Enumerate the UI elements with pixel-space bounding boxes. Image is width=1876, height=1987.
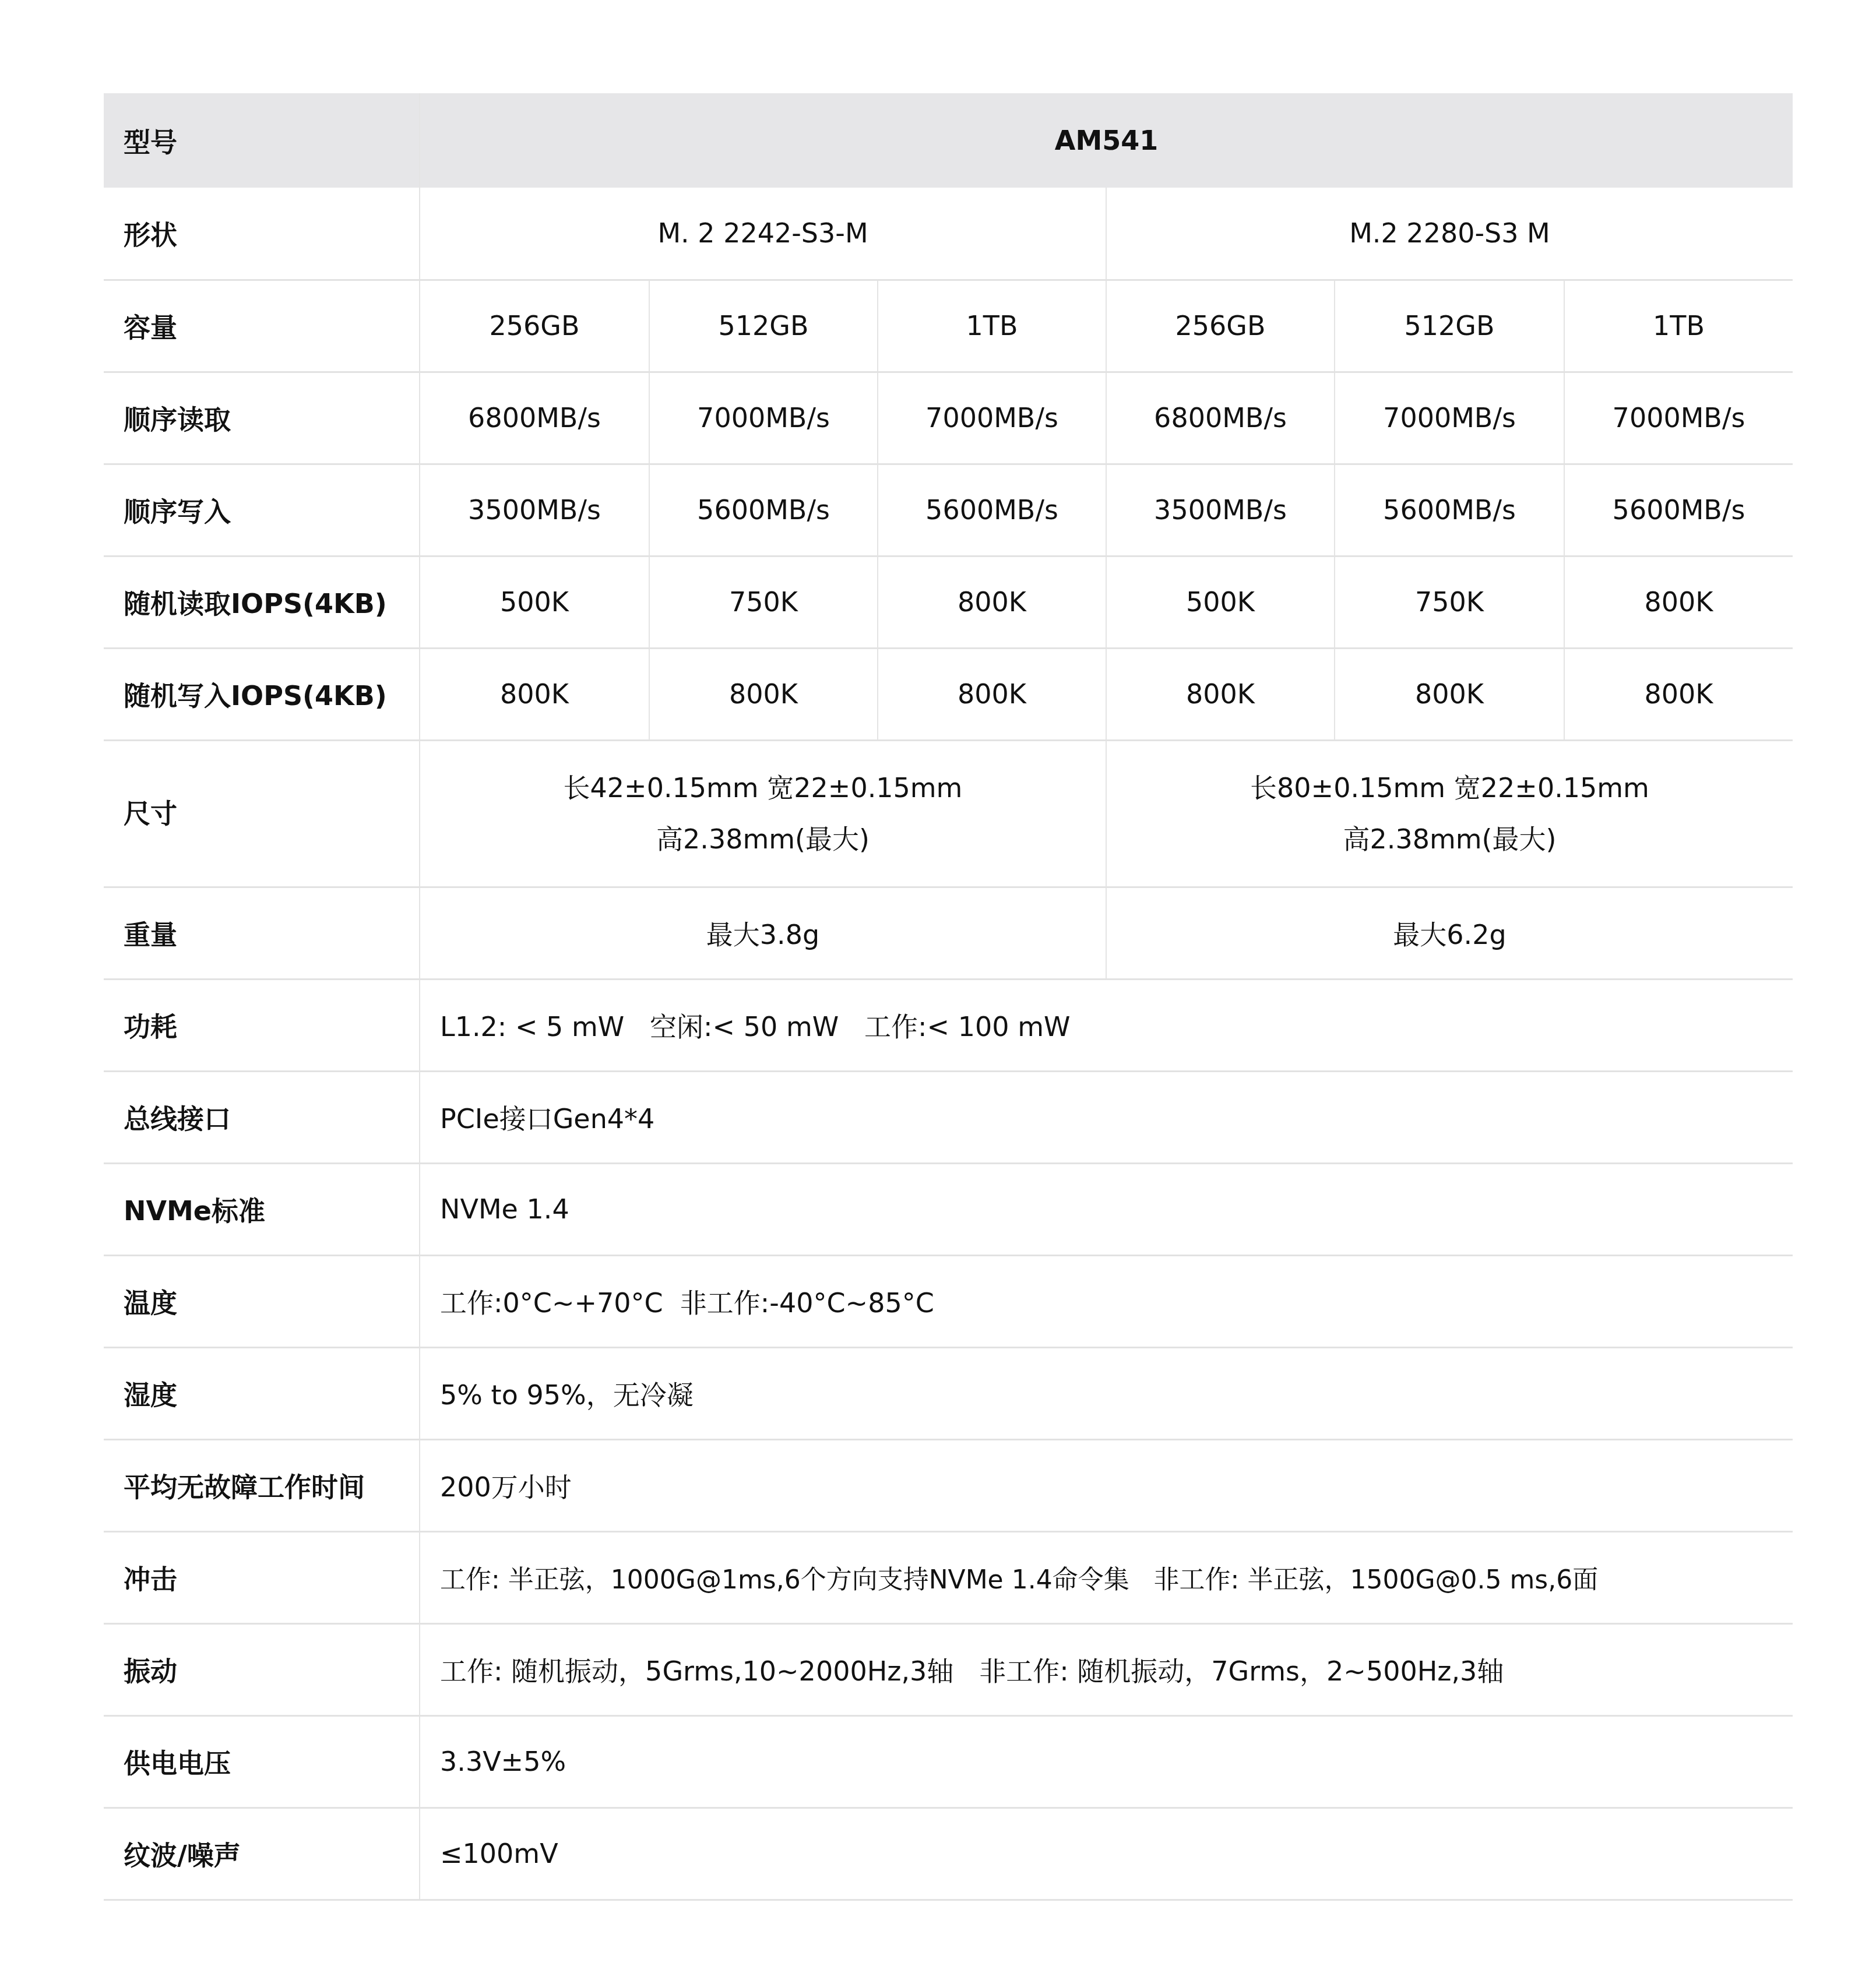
row-label: 湿度 xyxy=(104,1347,420,1439)
cell: 256GB xyxy=(1106,280,1335,372)
size-line: 高2.38mm(最大) xyxy=(1107,813,1793,865)
row-spec: 振动工作: 随机振动，5Grms,10~2000Hz,3轴 非工作: 随机振动，… xyxy=(104,1623,1793,1715)
cell: 750K xyxy=(1335,556,1564,648)
cell: 7000MB/s xyxy=(878,372,1106,464)
row-label: NVMe标准 xyxy=(104,1163,420,1255)
size-line: 长42±0.15mm 宽22±0.15mm xyxy=(420,762,1106,813)
cell: 500K xyxy=(1106,556,1335,648)
cell: 1TB xyxy=(1564,280,1793,372)
row-label: 振动 xyxy=(104,1623,420,1715)
cell: 800K xyxy=(420,648,649,740)
cell: M.2 2280-S3 M xyxy=(1106,188,1793,280)
cell: 工作: 半正弦，1000G@1ms,6个方向支持NVMe 1.4命令集 非工作:… xyxy=(420,1531,1793,1623)
cell: 512GB xyxy=(649,280,878,372)
row-spec: 功耗L1.2: < 5 mW 空闲:< 50 mW 工作:< 100 mW xyxy=(104,979,1793,1071)
cell: 最大3.8g xyxy=(420,887,1106,979)
cell: 800K xyxy=(878,556,1106,648)
row-label: 顺序写入 xyxy=(104,464,420,556)
row-label: 顺序读取 xyxy=(104,372,420,464)
row-label: 温度 xyxy=(104,1255,420,1347)
cell: 3500MB/s xyxy=(420,464,649,556)
cell: 200万小时 xyxy=(420,1439,1793,1531)
row-rand-read: 随机读取IOPS(4KB) 500K 750K 800K 500K 750K 8… xyxy=(104,556,1793,648)
row-spec: 平均无故障工作时间200万小时 xyxy=(104,1439,1793,1531)
cell: 800K xyxy=(1564,556,1793,648)
cell: 3.3V±5% xyxy=(420,1715,1793,1808)
row-label: 随机写入IOPS(4KB) xyxy=(104,648,420,740)
cell: 工作: 随机振动，5Grms,10~2000Hz,3轴 非工作: 随机振动，7G… xyxy=(420,1623,1793,1715)
cell: 5600MB/s xyxy=(649,464,878,556)
cell: 7000MB/s xyxy=(1564,372,1793,464)
cell: 长80±0.15mm 宽22±0.15mm高2.38mm(最大) xyxy=(1106,740,1793,887)
row-spec: 总线接口PCIe接口Gen4*4 xyxy=(104,1071,1793,1163)
cell: 1TB xyxy=(878,280,1106,372)
row-rand-write: 随机写入IOPS(4KB) 800K 800K 800K 800K 800K 8… xyxy=(104,648,1793,740)
cell: 5600MB/s xyxy=(878,464,1106,556)
row-spec: 供电电压3.3V±5% xyxy=(104,1715,1793,1808)
row-seq-write: 顺序写入 3500MB/s 5600MB/s 5600MB/s 3500MB/s… xyxy=(104,464,1793,556)
cell: 256GB xyxy=(420,280,649,372)
row-weight: 重量 最大3.8g 最大6.2g xyxy=(104,887,1793,979)
row-size: 尺寸 长42±0.15mm 宽22±0.15mm高2.38mm(最大) 长80±… xyxy=(104,740,1793,887)
cell: 800K xyxy=(649,648,878,740)
cell: PCIe接口Gen4*4 xyxy=(420,1071,1793,1163)
cell: 6800MB/s xyxy=(1106,372,1335,464)
row-label: 形状 xyxy=(104,188,420,280)
row-label: 容量 xyxy=(104,280,420,372)
cell: 5600MB/s xyxy=(1564,464,1793,556)
cell: 7000MB/s xyxy=(649,372,878,464)
cell: 工作:0°C~+70°C 非工作:-40°C~85°C xyxy=(420,1255,1793,1347)
cell: 7000MB/s xyxy=(1335,372,1564,464)
row-label: 随机读取IOPS(4KB) xyxy=(104,556,420,648)
cell: 5600MB/s xyxy=(1335,464,1564,556)
cell: 750K xyxy=(649,556,878,648)
row-label: 纹波/噪声 xyxy=(104,1808,420,1900)
cell: 500K xyxy=(420,556,649,648)
cell: 长42±0.15mm 宽22±0.15mm高2.38mm(最大) xyxy=(420,740,1106,887)
size-line: 长80±0.15mm 宽22±0.15mm xyxy=(1107,762,1793,813)
row-capacity: 容量 256GB 512GB 1TB 256GB 512GB 1TB xyxy=(104,280,1793,372)
row-spec: 温度工作:0°C~+70°C 非工作:-40°C~85°C xyxy=(104,1255,1793,1347)
row-label: 供电电压 xyxy=(104,1715,420,1808)
size-line: 高2.38mm(最大) xyxy=(420,813,1106,865)
row-label: 型号 xyxy=(104,93,420,188)
cell: L1.2: < 5 mW 空闲:< 50 mW 工作:< 100 mW xyxy=(420,979,1793,1071)
row-spec: NVMe标准NVMe 1.4 xyxy=(104,1163,1793,1255)
row-label: 尺寸 xyxy=(104,740,420,887)
cell: 800K xyxy=(1335,648,1564,740)
row-label: 功耗 xyxy=(104,979,420,1071)
spec-table: 型号 AM541 形状 M. 2 2242-S3-M M.2 2280-S3 M… xyxy=(104,93,1793,1901)
cell: NVMe 1.4 xyxy=(420,1163,1793,1255)
row-label: 冲击 xyxy=(104,1531,420,1623)
cell: 800K xyxy=(1106,648,1335,740)
cell: 6800MB/s xyxy=(420,372,649,464)
model-value: AM541 xyxy=(420,93,1793,188)
cell: M. 2 2242-S3-M xyxy=(420,188,1106,280)
row-spec: 纹波/噪声≤100mV xyxy=(104,1808,1793,1900)
cell: 512GB xyxy=(1335,280,1564,372)
cell: 3500MB/s xyxy=(1106,464,1335,556)
row-spec: 湿度5% to 95%，无冷凝 xyxy=(104,1347,1793,1439)
cell: 5% to 95%，无冷凝 xyxy=(420,1347,1793,1439)
row-seq-read: 顺序读取 6800MB/s 7000MB/s 7000MB/s 6800MB/s… xyxy=(104,372,1793,464)
row-model: 型号 AM541 xyxy=(104,93,1793,188)
cell: 最大6.2g xyxy=(1106,887,1793,979)
row-label: 总线接口 xyxy=(104,1071,420,1163)
row-label: 重量 xyxy=(104,887,420,979)
row-label: 平均无故障工作时间 xyxy=(104,1439,420,1531)
row-spec: 冲击工作: 半正弦，1000G@1ms,6个方向支持NVMe 1.4命令集 非工… xyxy=(104,1531,1793,1623)
cell: 800K xyxy=(878,648,1106,740)
row-form: 形状 M. 2 2242-S3-M M.2 2280-S3 M xyxy=(104,188,1793,280)
cell: 800K xyxy=(1564,648,1793,740)
cell: ≤100mV xyxy=(420,1808,1793,1900)
